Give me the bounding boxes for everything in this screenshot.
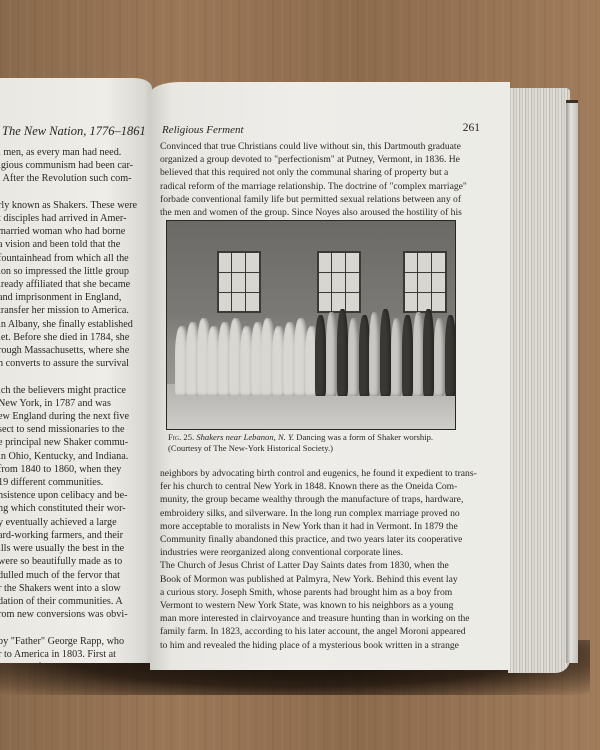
left-page: The New Nation, 1776–1861 l men, as ever… — [0, 78, 152, 663]
figure-credit: (Courtesy of The New-York Historical Soc… — [168, 443, 333, 453]
text-line: l men, as every man had need. — [0, 146, 148, 159]
text-line: radical reform of the marriage relations… — [160, 180, 490, 193]
text-line: married woman who had borne — [0, 225, 148, 238]
dancer-figure — [402, 315, 413, 396]
text-line: . After the Revolution such com- — [0, 172, 148, 185]
text-line: ng which constituted their wor- — [0, 502, 148, 515]
window — [317, 251, 361, 313]
figure-caption-text: Dancing was a form of Shaker worship. — [296, 432, 433, 442]
dancer-figure — [348, 318, 359, 396]
dancer-figure — [391, 318, 402, 396]
text-line: from 1840 to 1860, when they — [0, 463, 148, 476]
figure-title: Shakers near Lebanon, N. Y. — [196, 432, 294, 442]
text-line — [0, 186, 148, 199]
figure-label: Fig. 25. — [168, 432, 194, 442]
text-line: Book of Mormon was published at Palmyra,… — [160, 573, 490, 586]
dancers-group — [167, 306, 455, 396]
text-line: r to America in 1803. First at — [0, 648, 148, 661]
left-running-head: The New Nation, 1776–1861 — [2, 124, 146, 139]
window — [217, 251, 261, 313]
text-line — [0, 621, 148, 634]
dancer-figure — [413, 312, 424, 396]
window — [403, 251, 447, 313]
text-line: believed that this required not only the… — [160, 166, 490, 179]
text-line: ion so impressed the little group — [0, 265, 148, 278]
dancer-figure — [359, 315, 370, 396]
dancer-figure — [445, 315, 456, 396]
text-line: iana, and finally at Economy, — [0, 661, 148, 663]
text-line: fer his church to central New York in 18… — [160, 480, 490, 493]
text-line: Vermont to western New York State, was k… — [160, 599, 490, 612]
page-block-edge — [508, 88, 570, 673]
text-line: t disciples had arrived in Amer- — [0, 212, 148, 225]
dancer-figure — [315, 315, 326, 396]
text-line: y eventually achieved a large — [0, 516, 148, 529]
text-line: ich the believers might practice — [0, 384, 148, 397]
text-line: forbade conventional family life but per… — [160, 193, 490, 206]
dancer-figure — [423, 309, 434, 396]
text-line: rly known as Shakers. These were — [0, 199, 148, 212]
text-line: were so beautifully made as to — [0, 555, 148, 568]
dancer-figure — [369, 312, 380, 396]
dancer-figure — [434, 318, 445, 396]
text-line: 19 different communities. — [0, 476, 148, 489]
shaker-dance-illustration — [166, 220, 456, 430]
text-line: fountainhead from which all the — [0, 252, 148, 265]
text-line: and imprisonment in England, — [0, 291, 148, 304]
dancer-figure — [326, 312, 337, 396]
text-line: sect to send missionaries to the — [0, 423, 148, 436]
text-line: family farm. In 1823, according to his l… — [160, 625, 490, 638]
text-line: dulled much of the fervor that — [0, 569, 148, 582]
text-line: ew England during the next five — [0, 410, 148, 423]
text-line: a curious story. Joseph Smith, whose par… — [160, 586, 490, 599]
text-line: lready affiliated that she became — [0, 278, 148, 291]
text-line: ard-working farmers, and their — [0, 529, 148, 542]
text-line: in Albany, she finally established — [0, 318, 148, 331]
text-line: organized a group devoted to "perfection… — [160, 153, 490, 166]
text-line: e principal new Shaker commu- — [0, 436, 148, 449]
text-line: r the Shakers went into a slow — [0, 582, 148, 595]
right-page-top-text: Convinced that true Christians could liv… — [160, 140, 490, 219]
text-line: embroidery silks, and silverware. In the… — [160, 507, 490, 520]
right-running-head: Religious Ferment — [162, 124, 244, 136]
text-line: neighbors by advocating birth control an… — [160, 467, 490, 480]
text-line: igious communism had been car- — [0, 159, 148, 172]
text-line: the men and women of the group. Since No… — [160, 206, 490, 219]
text-line: The Church of Jesus Christ of Latter Day… — [160, 559, 490, 572]
figure-caption: Fig. 25. Shakers near Lebanon, N. Y. Dan… — [168, 432, 468, 454]
dancer-figure — [337, 309, 348, 396]
text-line — [0, 370, 148, 383]
right-page-bottom-text: neighbors by advocating birth control an… — [160, 467, 490, 652]
page-number: 261 — [463, 122, 480, 134]
text-line: by "Father" George Rapp, who — [0, 635, 148, 648]
text-line: a vision and been told that the — [0, 238, 148, 251]
text-line: more acceptable to moralists in New York… — [160, 520, 490, 533]
right-page: Religious Ferment 261 Convinced that tru… — [150, 82, 510, 670]
text-line: rom new conversions was obvi- — [0, 608, 148, 621]
text-line: iet. Before she died in 1784, she — [0, 331, 148, 344]
text-line: nsistence upon celibacy and be- — [0, 489, 148, 502]
text-line: in Ohio, Kentucky, and Indiana. — [0, 450, 148, 463]
text-line: to him and revealed the hiding place of … — [160, 639, 490, 652]
text-line: Convinced that true Christians could liv… — [160, 140, 490, 153]
text-line: industries were reorganized along conven… — [160, 546, 490, 559]
text-line: rough Massachusetts, where she — [0, 344, 148, 357]
text-line: New York, in 1787 and was — [0, 397, 148, 410]
text-line: h converts to assure the survival — [0, 357, 148, 370]
text-line: munity, the group became wealthy through… — [160, 493, 490, 506]
dancer-figure — [380, 309, 391, 396]
text-line: ills were usually the best in the — [0, 542, 148, 555]
book-cover-edge — [566, 100, 578, 663]
left-page-text: l men, as every man had need.igious comm… — [0, 146, 148, 663]
text-line: Community finally abandoned this practic… — [160, 533, 490, 546]
text-line: transfer her mission to America. — [0, 304, 148, 317]
text-line: dation of their communities. A — [0, 595, 148, 608]
text-line: man more interested in clairvoyance and … — [160, 612, 490, 625]
